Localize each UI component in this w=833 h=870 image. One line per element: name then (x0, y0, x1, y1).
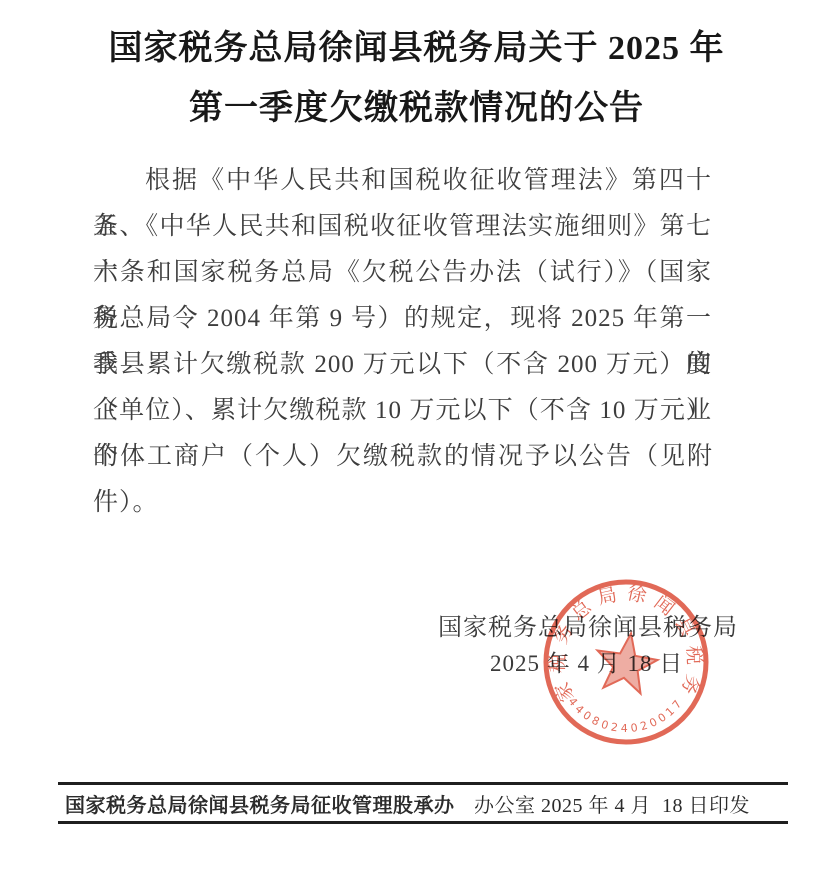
seal-star-icon (592, 629, 661, 696)
body-line: （单位）、累计欠缴税款 10 万元以下（不含 10 万元）的 (93, 388, 712, 434)
body-line: 六条和国家税务总局《欠税公告办法（试行）》（国家税 (93, 250, 712, 296)
body-line: 个体工商户（个人）欠缴税款的情况予以公告（见附 (93, 434, 712, 480)
footer-issuer: 国家税务总局徐闻县税务局征收管理股承办 (65, 789, 455, 818)
footer-bar: 国家税务总局徐闻县税务局征收管理股承办 办公室 2025 年 4 月 18 日印… (58, 782, 788, 824)
body-line: 务总局令 2004 年第 9 号）的规定，现将 2025 年第一季度 (93, 296, 712, 342)
footer-print-info: 办公室 2025 年 4 月 18 日印发 (474, 789, 750, 818)
title-line-2: 第一季度欠缴税款情况的公告 (0, 79, 833, 139)
document-page: 国家税务总局徐闻县税务局关于 2025 年 第一季度欠缴税款情况的公告 根据《中… (0, 0, 833, 870)
title-line-1: 国家税务总局徐闻县税务局关于 2025 年 (0, 19, 833, 79)
official-seal: 国家税务总局徐闻县税务局 4408024020017 (526, 562, 726, 762)
body-line: 根据《中华人民共和国税收征收管理法》第四十五 (93, 158, 712, 204)
document-title: 国家税务总局徐闻县税务局关于 2025 年 第一季度欠缴税款情况的公告 (0, 19, 833, 139)
body-line: 件）。 (93, 480, 712, 526)
body-line: 我县累计欠缴税款 200 万元以下（不含 200 万元）的企业 (93, 342, 712, 388)
body-line: 条、《中华人民共和国税收征收管理法实施细则》第七十 (93, 204, 712, 250)
